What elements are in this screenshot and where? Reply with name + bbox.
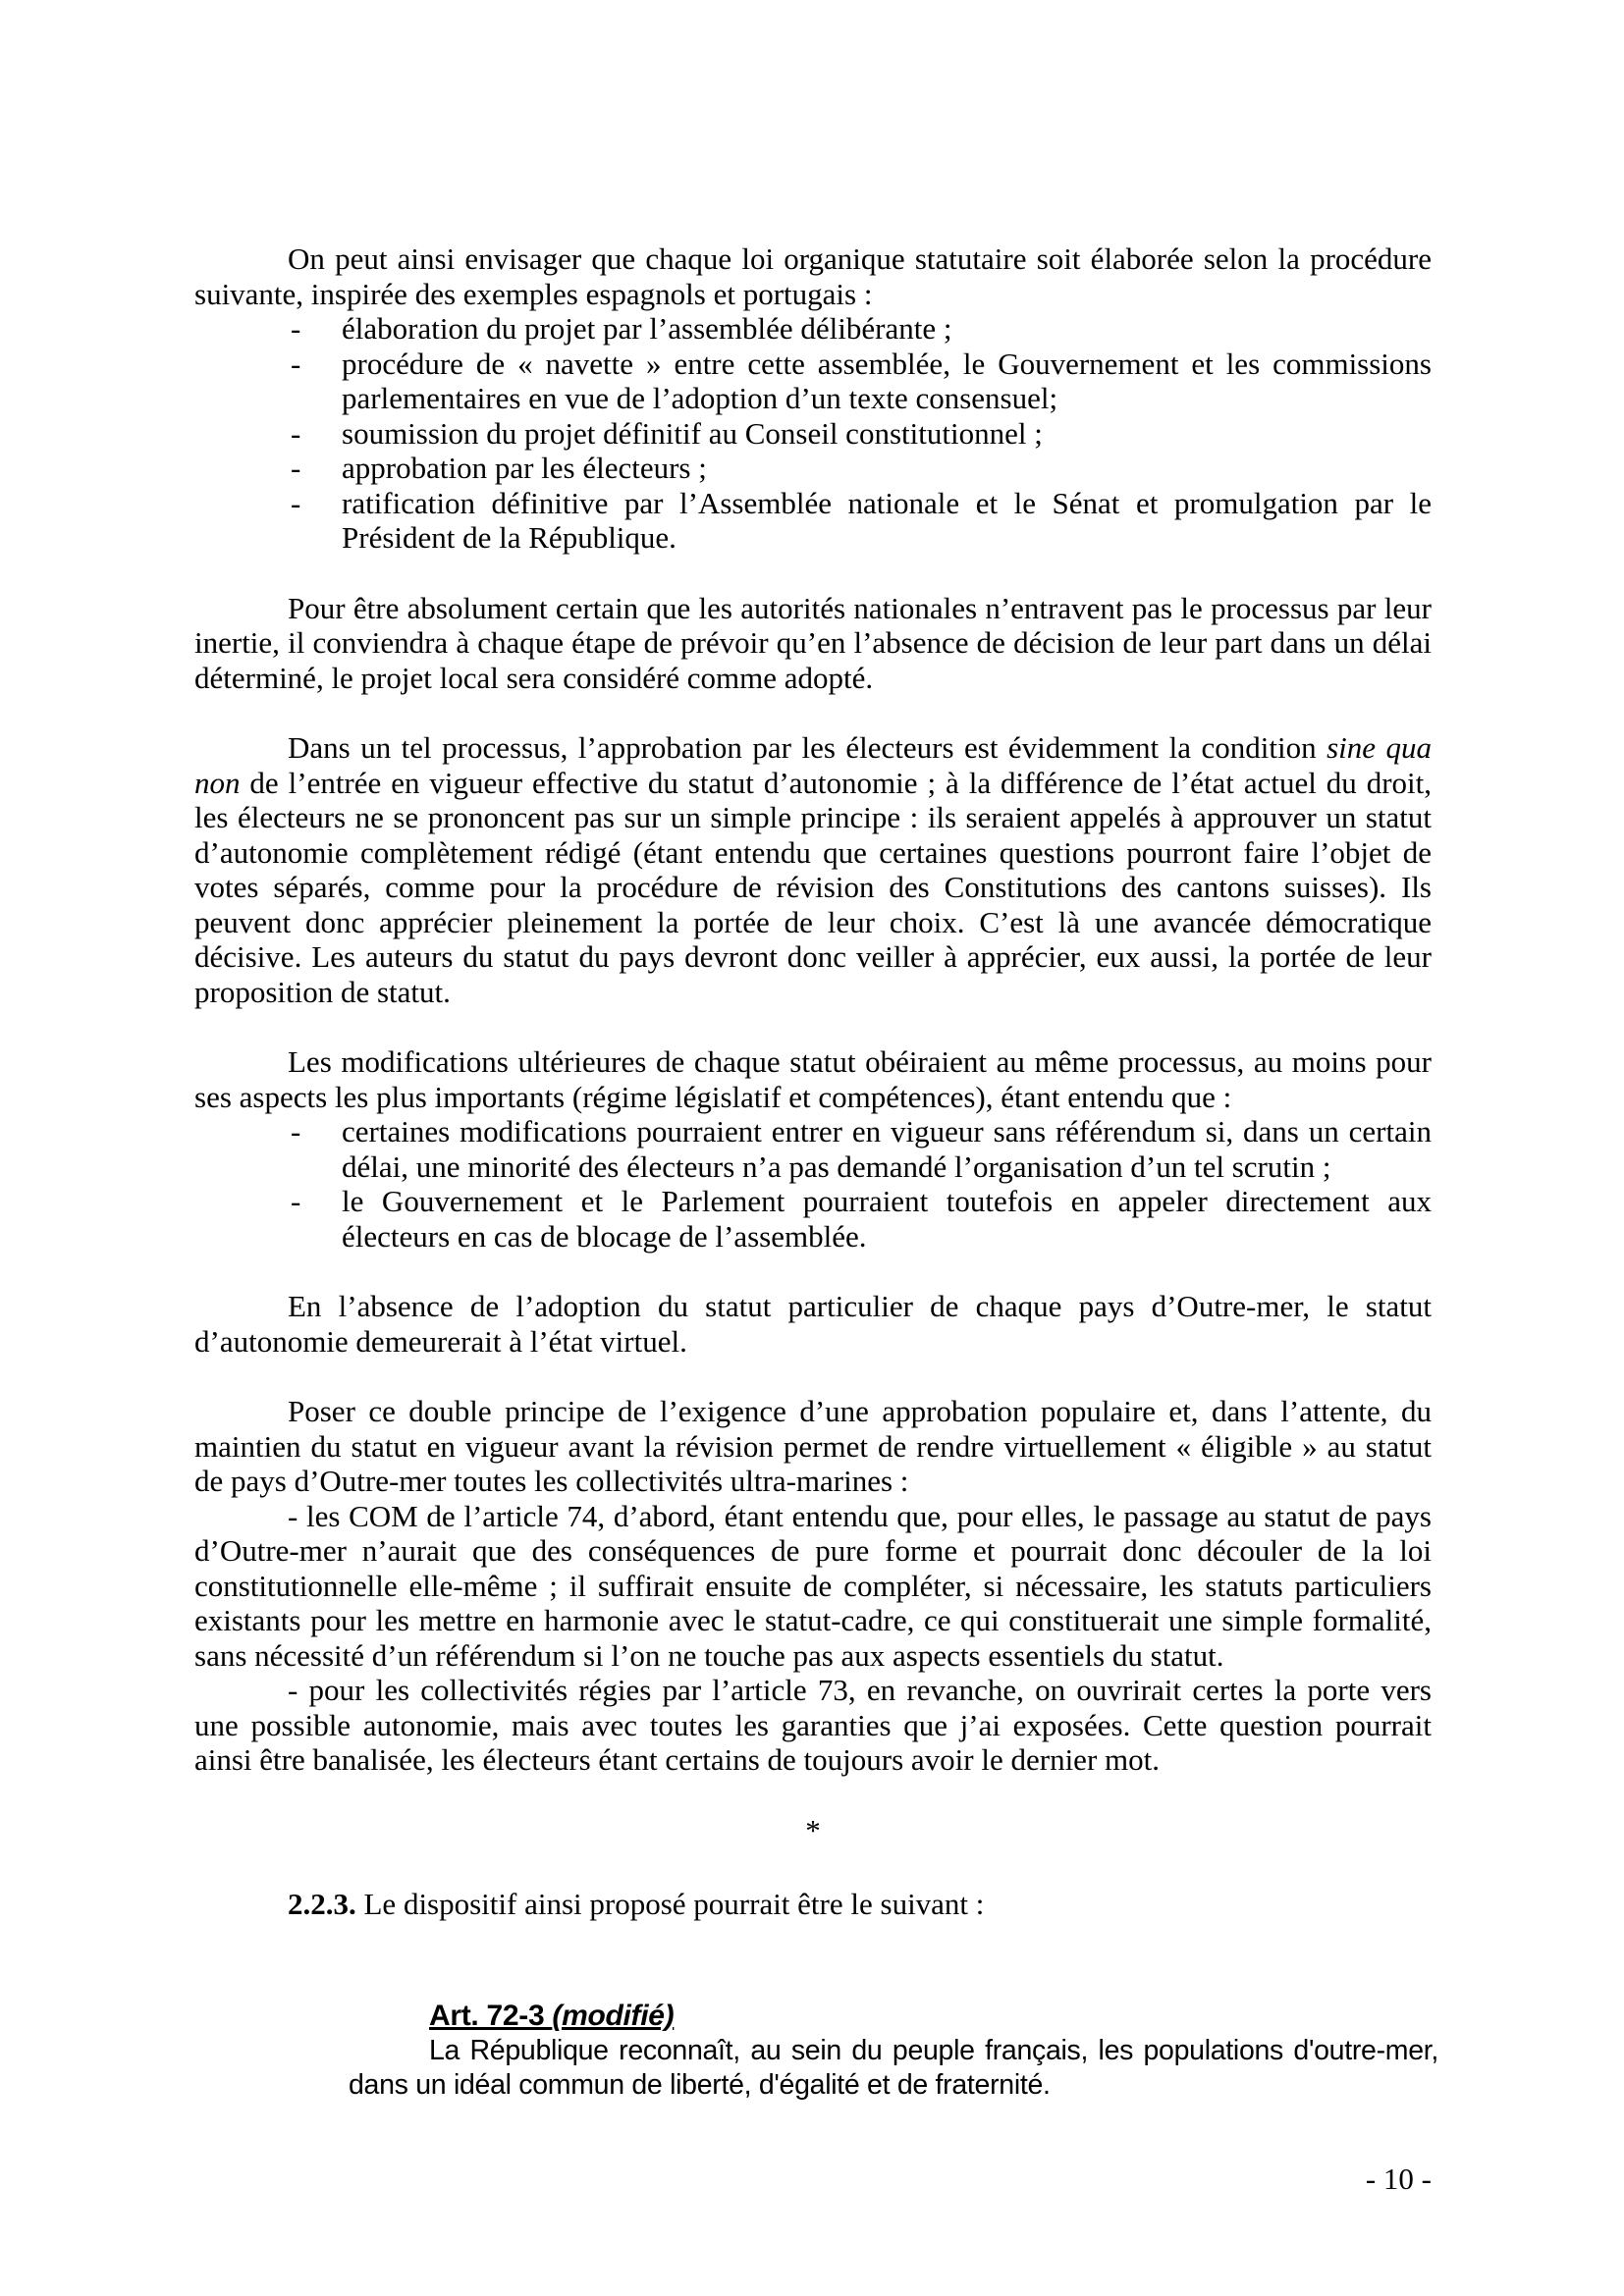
hyphen-marker: - — [291, 347, 300, 382]
page-content: On peut ainsi envisager que chaque loi o… — [194, 241, 1432, 2103]
list-item: - certaines modifications pourraient ent… — [194, 1114, 1432, 1184]
section-heading-text: Le dispositif ainsi proposé pourrait êtr… — [356, 1887, 985, 1921]
list-item: - ratification définitive par l’Assemblé… — [194, 486, 1432, 556]
section-number: 2.2.3. — [288, 1887, 356, 1921]
list-item-text: ratification définitive par l’Assemblée … — [342, 486, 1432, 556]
article-title-modifie: (modifié) — [552, 2000, 674, 2032]
paragraph-article73: - pour les collectivités régies par l’ar… — [194, 1673, 1432, 1778]
article-72-3-block: Art. 72-3 (modifié) La République reconn… — [349, 1999, 1438, 2103]
paragraph-absence: En l’absence de l’adoption du statut par… — [194, 1289, 1432, 1359]
hyphen-marker: - — [291, 451, 300, 486]
hyphen-marker: - — [291, 486, 300, 521]
hyphen-marker: - — [291, 1114, 300, 1149]
document-page: On peut ainsi envisager que chaque loi o… — [0, 0, 1624, 2296]
list-item-text: élaboration du projet par l’assemblée dé… — [342, 311, 951, 346]
paragraph-text: Dans un tel processus, l’approbation par… — [288, 730, 1326, 765]
list-item: - élaboration du projet par l’assemblée … — [194, 311, 1432, 347]
section-separator-star: * — [194, 1813, 1432, 1848]
paragraph-text: de l’entrée en vigueur effective du stat… — [194, 766, 1432, 1009]
hyphen-marker: - — [291, 416, 300, 452]
list-item: - procédure de « navette » entre cette a… — [194, 347, 1432, 416]
section-heading-223: 2.2.3. Le dispositif ainsi proposé pourr… — [194, 1887, 1432, 1922]
page-number: - 10 - — [1366, 2162, 1432, 2197]
paragraph-intro: On peut ainsi envisager que chaque loi o… — [194, 241, 1432, 311]
list-item: - soumission du projet définitif au Cons… — [194, 416, 1432, 452]
article-body-text: La République reconnaît, au sein du peup… — [349, 2034, 1438, 2103]
list-item-text: le Gouvernement et le Parlement pourraie… — [342, 1184, 1432, 1254]
list-item-text: soumission du projet définitif au Consei… — [342, 416, 1043, 451]
paragraph-modifications: Les modifications ultérieures de chaque … — [194, 1044, 1432, 1114]
list-item-text: procédure de « navette » entre cette ass… — [342, 347, 1432, 416]
hyphen-marker: - — [291, 311, 300, 347]
paragraph-inertie: Pour être absolument certain que les aut… — [194, 591, 1432, 696]
paragraph-com-article74: - les COM de l’article 74, d’abord, étan… — [194, 1499, 1432, 1674]
paragraph-double-principe: Poser ce double principe de l’exigence d… — [194, 1394, 1432, 1499]
list-item-text: certaines modifications pourraient entre… — [342, 1114, 1432, 1184]
list-item: - approbation par les électeurs ; — [194, 451, 1432, 486]
paragraph-processus: Dans un tel processus, l’approbation par… — [194, 730, 1432, 1009]
hyphen-marker: - — [291, 1184, 300, 1219]
list-item: - le Gouvernement et le Parlement pourra… — [194, 1184, 1432, 1254]
article-title: Art. 72-3 (modifié) — [349, 1999, 1438, 2033]
procedure-bullet-list: - élaboration du projet par l’assemblée … — [194, 311, 1432, 556]
modifications-bullet-list: - certaines modifications pourraient ent… — [194, 1114, 1432, 1254]
list-item-text: approbation par les électeurs ; — [342, 451, 707, 485]
article-title-main: Art. 72-3 — [429, 2000, 552, 2032]
